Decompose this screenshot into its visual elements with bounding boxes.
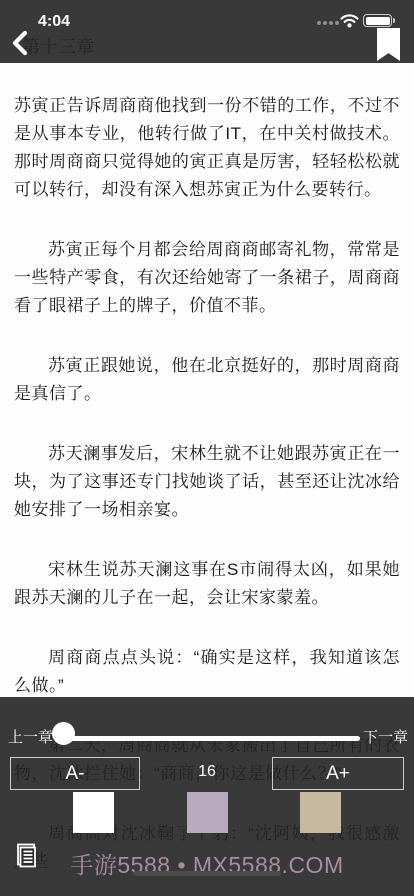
status-time: 4:04: [38, 13, 70, 31]
top-toolbar: 4:04: [0, 0, 414, 63]
font-increase-button[interactable]: A+: [272, 757, 404, 790]
wifi-icon: [340, 14, 359, 33]
theme-swatch-white[interactable]: [73, 792, 114, 833]
theme-swatch-purple[interactable]: [187, 792, 228, 833]
reading-paragraph: 苏寅正告诉周商商他找到一份不错的工作，不过不是从事本专业，他转行做了IT，在中关…: [14, 92, 400, 204]
theme-swatch-tan[interactable]: [300, 792, 341, 833]
bookmark-icon[interactable]: [377, 28, 400, 61]
progress-slider-track[interactable]: [57, 736, 360, 741]
reading-paragraph: 宋林生说苏天澜这事在S市闹得太凶，如果她跟苏天澜的儿子在一起，会让宋家蒙羞。: [14, 556, 400, 612]
reading-paragraph: 苏寅正跟她说，他在北京挺好的，那时周商商是真信了。: [14, 352, 400, 408]
home-indicator[interactable]: [133, 871, 281, 876]
bottom-toolbar: 上一章 下一章 A- 16 A+ 手游5588 • MX5588.COM: [0, 697, 414, 896]
back-button[interactable]: [11, 30, 31, 56]
battery-icon: [363, 14, 392, 27]
reading-paragraph: 苏天澜事发后，宋林生就不让她跟苏寅正在一块，为了这事还专门找她谈了话，甚至还让沈…: [14, 440, 400, 524]
progress-slider-thumb[interactable]: [52, 722, 75, 745]
reading-paragraph: 苏寅正每个月都会给周商商邮寄礼物，常常是一些特产零食，有次还给她寄了一条裙子，周…: [14, 236, 400, 320]
cellular-signal-icon: [317, 21, 339, 25]
reading-paragraph: 周商商点点头说：“确实是这样，我知道该怎么做。”: [14, 644, 400, 700]
prev-chapter-button[interactable]: 上一章: [8, 726, 53, 747]
next-chapter-button[interactable]: 下一章: [363, 726, 408, 747]
